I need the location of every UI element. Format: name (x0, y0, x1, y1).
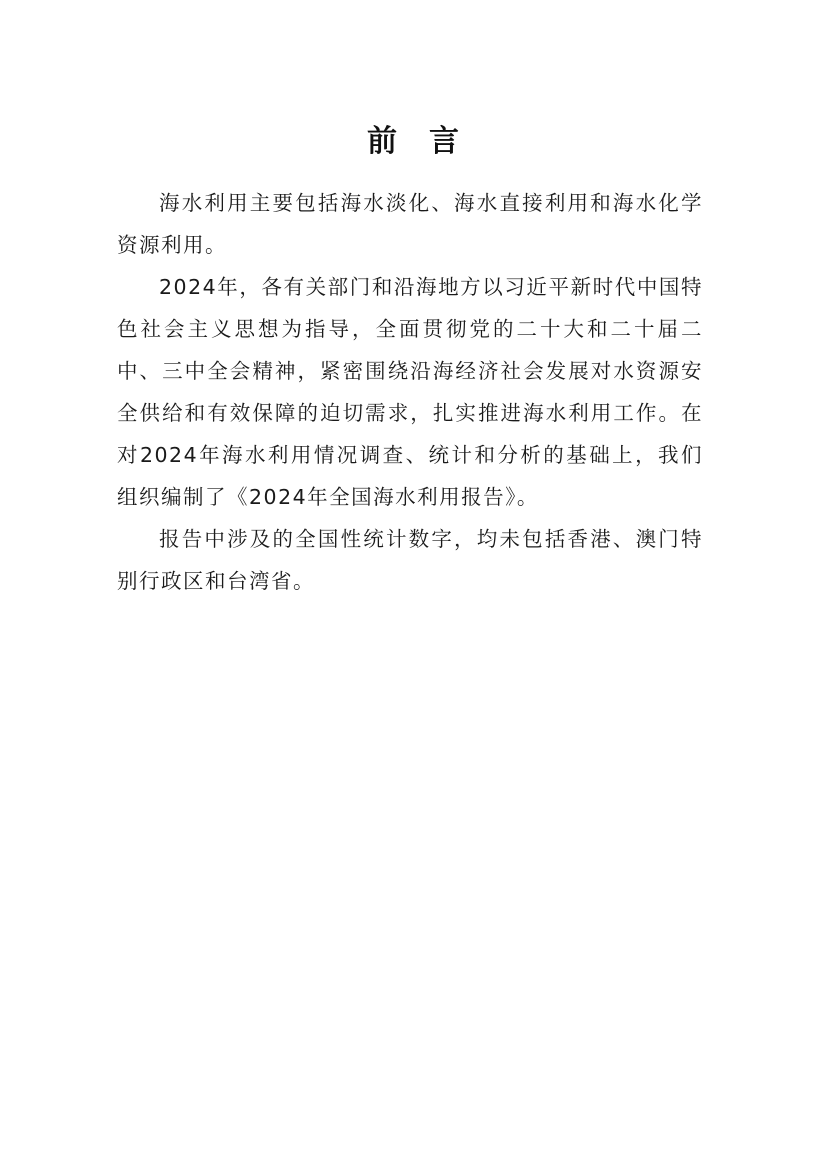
document-page: 前言 海水利用主要包括海水淡化、海水直接利用和海水化学资源利用。 2024年，各… (0, 0, 826, 1169)
preface-body: 海水利用主要包括海水淡化、海水直接利用和海水化学资源利用。 2024年，各有关部… (117, 182, 703, 602)
title-char-2: 言 (429, 124, 459, 159)
paragraph-note: 报告中涉及的全国性统计数字，均未包括香港、澳门特别行政区和台湾省。 (117, 518, 703, 602)
title-char-1: 前 (367, 124, 397, 159)
paragraph-scope: 海水利用主要包括海水淡化、海水直接利用和海水化学资源利用。 (117, 182, 703, 266)
page-title: 前言 (0, 122, 826, 162)
paragraph-background: 2024年，各有关部门和沿海地方以习近平新时代中国特色社会主义思想为指导，全面贯… (117, 266, 703, 518)
